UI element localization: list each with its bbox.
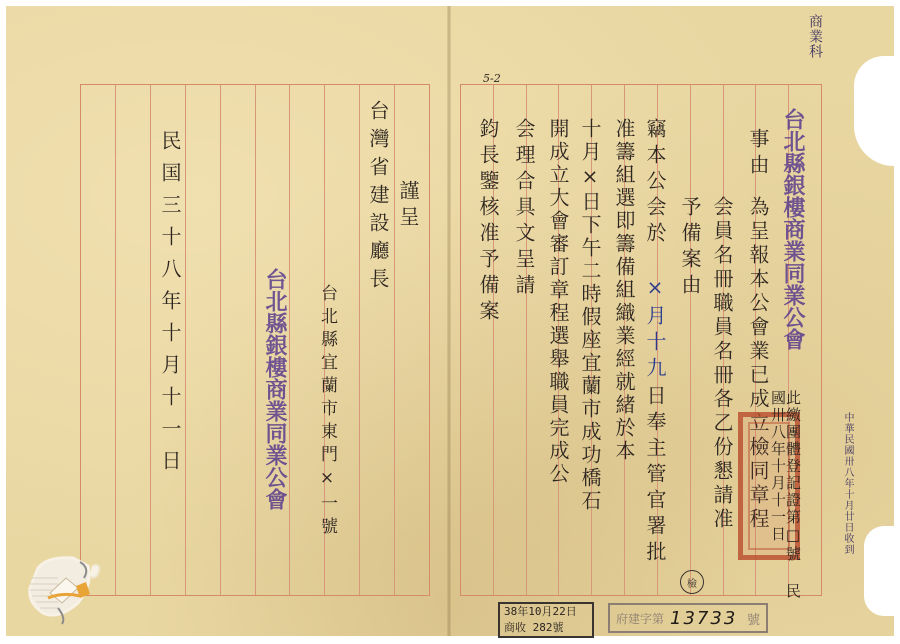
body-col-2: 准籌組選即籌備組織業經就緒於本 xyxy=(614,118,634,463)
paper-tear xyxy=(864,526,894,616)
doc-number: 13733 xyxy=(670,608,737,629)
subject-line-3: 予備案由 xyxy=(680,196,700,300)
received-stamp: 38年10月22日 商收 282號 xyxy=(498,602,594,638)
body-col-5: 会理合具文呈請 xyxy=(514,118,534,300)
subject-line-2: 会員名冊職員名冊各乙份懇請准 xyxy=(712,196,732,532)
issuer-stamp-left: 台北縣銀樓商業同業公會 xyxy=(264,268,286,510)
recipient: 台灣省建設廳長 xyxy=(368,100,388,296)
doc-number-label: 府建字第 xyxy=(616,610,664,627)
document-number-stamp: 府建字第 13733 號 xyxy=(608,603,768,633)
respectfully-submitted: 謹呈 xyxy=(398,180,418,232)
body-col-1-rest: 日奉主管官署批 xyxy=(645,385,665,567)
seal-handwriting: 此繳團體登記證第□號 民國卅八年十月十一日 xyxy=(770,390,800,600)
received-date: 38年10月22日 xyxy=(504,604,592,620)
check-circle-mark: 檢 xyxy=(680,570,704,594)
doc-number-suffix: 號 xyxy=(747,609,760,628)
page-fold xyxy=(447,6,451,636)
received-number: 商收 282號 xyxy=(504,620,592,636)
department-label: 商業科 xyxy=(808,14,822,59)
body-col-4: 開成立大會審訂章程選舉職員完成公 xyxy=(548,118,568,486)
address: 台北縣宜蘭市東門×一號 xyxy=(318,284,335,540)
issuer-stamp-purple: 台北縣銀樓商業同業公會 xyxy=(782,108,804,350)
page-number: 5-2 xyxy=(483,72,501,85)
paper-tear xyxy=(854,56,894,166)
document-date: 民国三十八年十月十一日 xyxy=(160,130,180,482)
body-col-6: 鈞長鑒核准予備案 xyxy=(478,118,498,326)
body-blue-date: ×月十九 xyxy=(645,275,665,383)
archive-logo-icon xyxy=(18,548,108,628)
subject-label: 事由 xyxy=(748,128,768,180)
receipt-date-stamp: 中華民國卅八年十月廿日收到 xyxy=(840,412,855,555)
body-col-3: 十月×日下午二時假座宜蘭市成功橋石 xyxy=(580,118,600,513)
body-col-1: 竊本公会於 xyxy=(645,118,665,248)
